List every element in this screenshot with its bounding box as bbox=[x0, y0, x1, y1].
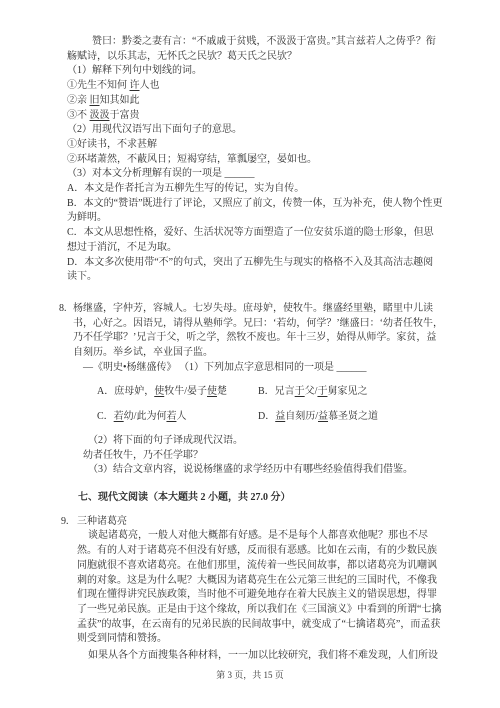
q7-choice-a: A．本文是作者托言为五柳先生写的传记，实为自传。 bbox=[67, 182, 443, 197]
q8-sub2-sentence: 幼者任牧牛，乃不任学耶？ bbox=[83, 449, 443, 464]
question-9-number: 9. bbox=[61, 515, 77, 664]
q7-choice-d: D．本文多次使用带“不”的句式，突出了五柳先生与现实的格格不入及其高洁志趣阅读下… bbox=[67, 256, 443, 285]
q8-sub3-label: （3）结合文章内容，说说杨继盛的求学经历中有哪些经验值得我们借鉴。 bbox=[88, 463, 443, 478]
q8-option-c: C．若幼/此为何若人 bbox=[97, 410, 258, 425]
q7-sub1-item2: ②亲 旧知其如此 bbox=[67, 94, 443, 109]
q9-essay-title: 三种诸葛亮 bbox=[77, 515, 445, 530]
page-footer: 第 3 页，共 15 页 bbox=[0, 668, 500, 683]
question-7-block: 赞曰：黔娄之妻有言：“不戚戚于贫贱，不汲汲于富贵。”其言兹若人之俦乎？衔觞赋诗，… bbox=[67, 35, 443, 285]
q7-passage-conclusion: 赞曰：黔娄之妻有言：“不戚戚于贫贱，不汲汲于富贵。”其言兹若人之俦乎？衔觞赋诗，… bbox=[67, 35, 443, 64]
underlined-word: 使 bbox=[207, 386, 217, 397]
q8-option-b: B．兄言于父/于舅家见之 bbox=[258, 385, 443, 400]
underlined-word: 于 bbox=[317, 386, 327, 397]
underlined-word: 许 bbox=[130, 80, 140, 91]
q8-option-a: A．庶母妒，使牧牛/晏子使楚 bbox=[97, 385, 258, 400]
q9-paragraph-2: 如果从各个方面搜集各种材料，一一加以比较研究，我们将不难发现，人们所设 bbox=[77, 649, 445, 664]
underlined-word: 于 bbox=[295, 386, 305, 397]
q7-sub2-label: （2）用现代汉语写出下面句子的意思。 bbox=[67, 123, 443, 138]
underlined-word: 若 bbox=[166, 411, 176, 422]
q7-sub1-label: （1）解释下列句中划线的词。 bbox=[67, 64, 443, 79]
underlined-word: 益 bbox=[318, 411, 328, 422]
q7-choice-c: C．本文从思想性格，爱好、生活状况等方面塑造了一位安贫乐道的隐士形象，但思想过于… bbox=[67, 226, 443, 255]
question-9-block: 9. 三种诸葛亮 谈起诸葛亮，一般人对他大概都有好感。是不是每个人都喜欢他呢？那… bbox=[61, 515, 500, 664]
q9-paragraph-1: 谈起诸葛亮，一般人对他大概都有好感。是不是每个人都喜欢他呢？那也不尽然。有的人对… bbox=[77, 529, 445, 647]
q8-options-grid: A．庶母妒，使牧牛/晏子使楚 B．兄言于父/于舅家见之 C．若幼/此为何若人 D… bbox=[97, 385, 443, 424]
q8-classical-passage: 杨继盛，字仲芳，容城人。七岁失母。庶母妒，使牧牛。继盛经里塾，睹里中儿读书，心好… bbox=[73, 302, 443, 361]
q8-sub2-label: （2）将下面的句子译成现代汉语。 bbox=[88, 434, 443, 449]
underlined-word: 汲汲 bbox=[90, 110, 110, 121]
underlined-word: 益 bbox=[275, 411, 285, 422]
q8-source-and-sub1: —《明史•杨继盛传》 （1）下列加点字意思相同的一项是 ______ bbox=[83, 361, 443, 376]
underlined-word: 使 bbox=[154, 386, 164, 397]
question-8-block: 8. 杨继盛，字仲芳，容城人。七岁失母。庶母妒，使牧牛。继盛经里塾，睹里中儿读书… bbox=[59, 302, 500, 478]
exam-page: 赞曰：黔娄之妻有言：“不戚戚于贫贱，不汲汲于富贵。”其言兹若人之俦乎？衔觞赋诗，… bbox=[0, 0, 500, 708]
q7-sub1-item3: ③不 汲汲于富贵 bbox=[67, 109, 443, 124]
q8-option-d: D．益自刻历/益慕圣贤之道 bbox=[258, 410, 443, 425]
q7-choice-b: B．本文的“赞语”既进行了评论，又照应了前文，传赞一体，互为补充，使人物个性更为… bbox=[67, 197, 443, 226]
q7-sub2-item2: ②环堵萧然，不蔽风日；短褐穿结，箪瓢屡空，晏如也。 bbox=[67, 153, 443, 168]
underlined-word: 若 bbox=[114, 411, 124, 422]
q7-sub2-item1: ①好读书，不求甚解 bbox=[67, 138, 443, 153]
question-8-number: 8. bbox=[59, 302, 73, 478]
underlined-word: 旧 bbox=[90, 95, 100, 106]
q7-sub1-item1: ①先生不知何 许人也 bbox=[67, 79, 443, 94]
section-7-header: 七、现代文阅读（本大题共 2 小题，共 27.0 分） bbox=[78, 491, 500, 506]
q7-sub3-label: （3）对本文分析理解有误的一项是 ______ bbox=[67, 167, 443, 182]
